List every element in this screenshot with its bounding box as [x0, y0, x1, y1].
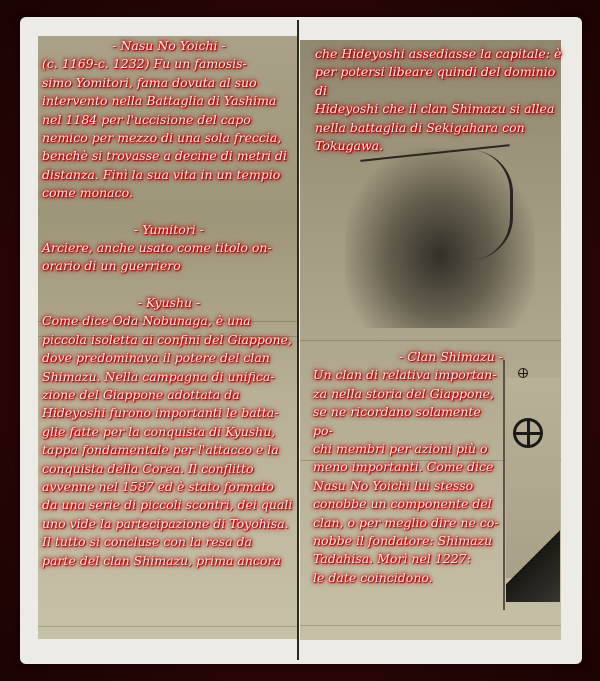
text-line: Shimazu. Nella campagna di unifica- — [42, 368, 296, 386]
text-line: nemico per mezzo di una sola freccia, — [42, 129, 296, 147]
small-clan-crest-icon — [518, 368, 528, 378]
text-line: conquista della Corea. Il conflitto — [42, 460, 296, 478]
text-line: conobbe un componente del — [313, 495, 503, 513]
spacer — [42, 276, 296, 294]
text-line: benchè si trovasse a decine di metri di — [42, 147, 296, 165]
text-line: le date coincidono. — [313, 569, 503, 587]
ruled-line — [300, 340, 561, 341]
spacer — [42, 203, 296, 221]
text-line: chi membri per azioni più o — [313, 440, 503, 458]
text-line: da una serie di piccoli scontri, dei qua… — [42, 496, 296, 514]
text-line: avvenne nel 1587 ed è stato formato — [42, 478, 296, 496]
section-heading: - Yumitori - — [42, 221, 296, 239]
text-line: parte del clan Shimazu, prima ancora — [42, 552, 296, 570]
banner-pole — [503, 360, 505, 610]
text-line: meno importanti. Come dice — [313, 458, 503, 476]
text-line: uno vide la partecipazione di Toyohisa. — [42, 515, 296, 533]
text-line: se ne ricordano solamente po- — [313, 403, 503, 440]
left-column-text: - Nasu No Yoichi - (c. 1169-c. 1232) Fu … — [42, 37, 296, 570]
text-line: Hideyoshi che il clan Shimazu si allea — [315, 100, 565, 118]
text-line: per potersi libeare quindi del dominio d… — [315, 63, 565, 100]
book-spine — [297, 20, 299, 660]
text-line: intervento nella Battaglia di Yashima — [42, 92, 296, 110]
text-line: nella battaglia di Sekigahara con — [315, 119, 565, 137]
text-line: Nasu No Yoichi lui stesso — [313, 477, 503, 495]
text-line: Arciere, anche usato come titolo on- — [42, 239, 296, 257]
section-heading: - Nasu No Yoichi - — [42, 37, 296, 55]
section-heading: - Clan Shimazu - — [313, 348, 503, 366]
text-line: piccola isoletta ai confini del Giappone… — [42, 331, 296, 349]
text-line: Il tutto si concluse con la resa da — [42, 533, 296, 551]
shimazu-crest-icon — [513, 418, 543, 448]
text-line: za nella storia del Giappone, — [313, 385, 503, 403]
text-line: dove predominava il potere del clan — [42, 349, 296, 367]
text-line: orario di un guerriero — [42, 257, 296, 275]
text-line: zione del Giappone adottata da — [42, 386, 296, 404]
text-line: nel 1184 per l'uccisione del capo — [42, 111, 296, 129]
text-line: che Hideyoshi assediasse la capitale: è — [315, 45, 565, 63]
text-line: glie fatte per la conquista di Kyushu, — [42, 423, 296, 441]
text-line: simo Yomitori, fama dovuta al suo — [42, 74, 296, 92]
text-line: (c. 1169-c. 1232) Fu un famosis- — [42, 55, 296, 73]
text-line: Un clan di relativa importan- — [313, 366, 503, 384]
text-line: tappa fondamentale per l'attacco e la — [42, 441, 296, 459]
text-line: come monaco. — [42, 184, 296, 202]
text-line: Come dice Oda Nobunaga, è una — [42, 312, 296, 330]
text-line: distanza. Finì la sua vita in un tempio — [42, 166, 296, 184]
section-heading: - Kyushu - — [42, 294, 296, 312]
right-column-continuation: che Hideyoshi assediasse la capitale: è … — [315, 45, 565, 155]
ruled-line — [300, 625, 561, 626]
text-line: clan, o per meglio dire ne co- — [313, 514, 503, 532]
text-line: Tadahisa. Morì nel 1227: — [313, 550, 503, 568]
ruled-line — [38, 626, 298, 627]
text-line: Tokugawa. — [315, 137, 565, 155]
banner-fold — [506, 512, 560, 602]
text-line: nobbe il fondatore: Shimazu — [313, 532, 503, 550]
clan-shimazu-section: - Clan Shimazu - Un clan di relativa imp… — [313, 348, 503, 587]
text-line: Hideyoshi furono importanti le batta- — [42, 404, 296, 422]
